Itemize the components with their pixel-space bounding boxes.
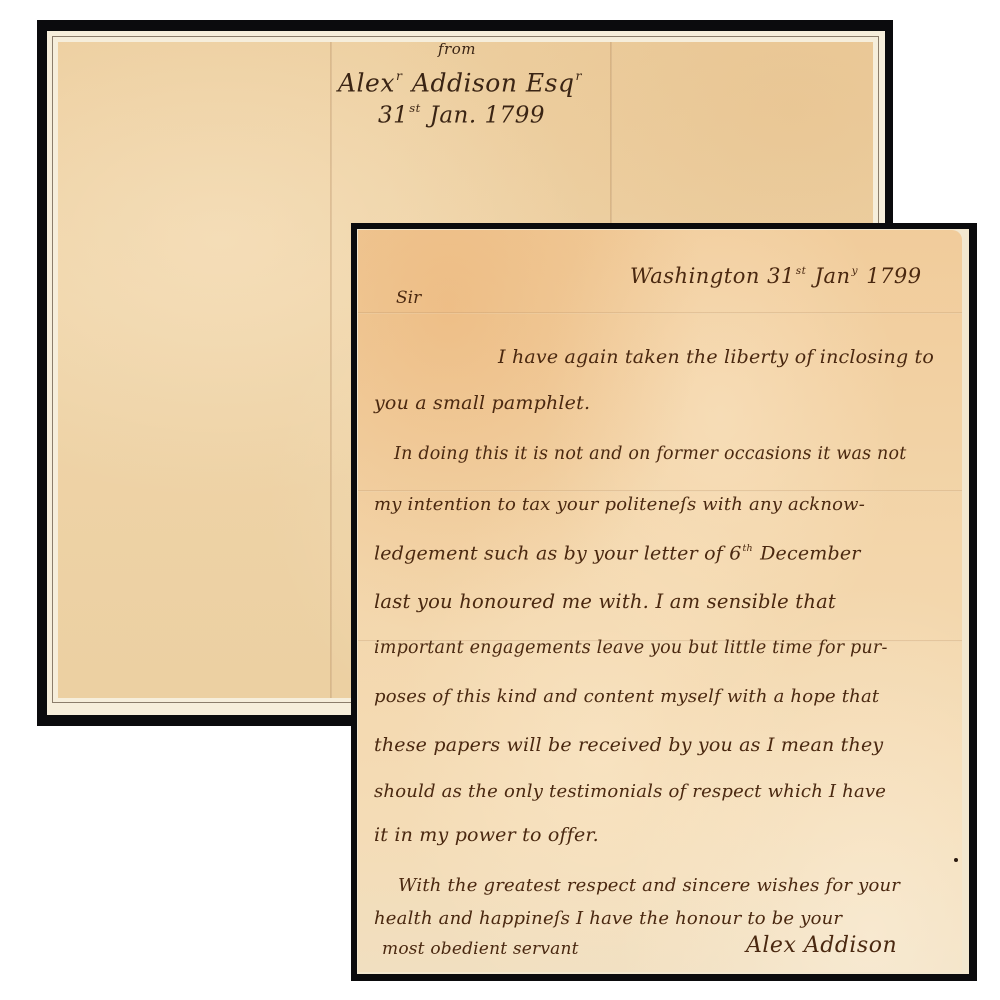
letter-line: should as the only testimonials of respe… [374,783,886,801]
vertical-fold [330,42,332,698]
letter-dateline: Washington 31st Jany 1799 [630,264,922,288]
letter-line: most obedient servant [382,941,579,958]
letter-line: With the greatest respect and sincere wi… [398,877,900,895]
letter-line: my intention to tax your politeneſs with… [374,496,865,514]
letter-line: poses of this kind and content myself wi… [374,688,879,706]
letter-line: ledgement such as by your letter of 6th … [374,544,861,564]
docket-name: Alexr Addison Esqr [338,70,583,95]
docket-from: from [438,42,476,57]
horizontal-fold [358,490,962,492]
horizontal-fold [358,312,962,314]
letter-line: last you honoured me with. I am sensible… [374,592,836,612]
letter-line: important engagements leave you but litt… [374,640,888,658]
letter-paper: Washington 31st Jany 1799 Sir I have aga… [358,230,962,972]
letter-line: these papers will be received by you as … [374,736,883,755]
letter-line: I have again taken the liberty of inclos… [498,348,934,367]
letter-line: In doing this it is not and on former oc… [394,446,906,464]
ink-speck [954,858,958,862]
letter-salutation: Sir [396,288,421,308]
docket-date: 31st Jan. 1799 [378,103,545,127]
letter-line: you a small pamphlet. [374,394,590,413]
letter-signature: Alex Addison [746,933,897,958]
letter-line: it in my power to offer. [374,826,599,845]
letter-line: health and happineſs I have the honour t… [374,910,842,928]
